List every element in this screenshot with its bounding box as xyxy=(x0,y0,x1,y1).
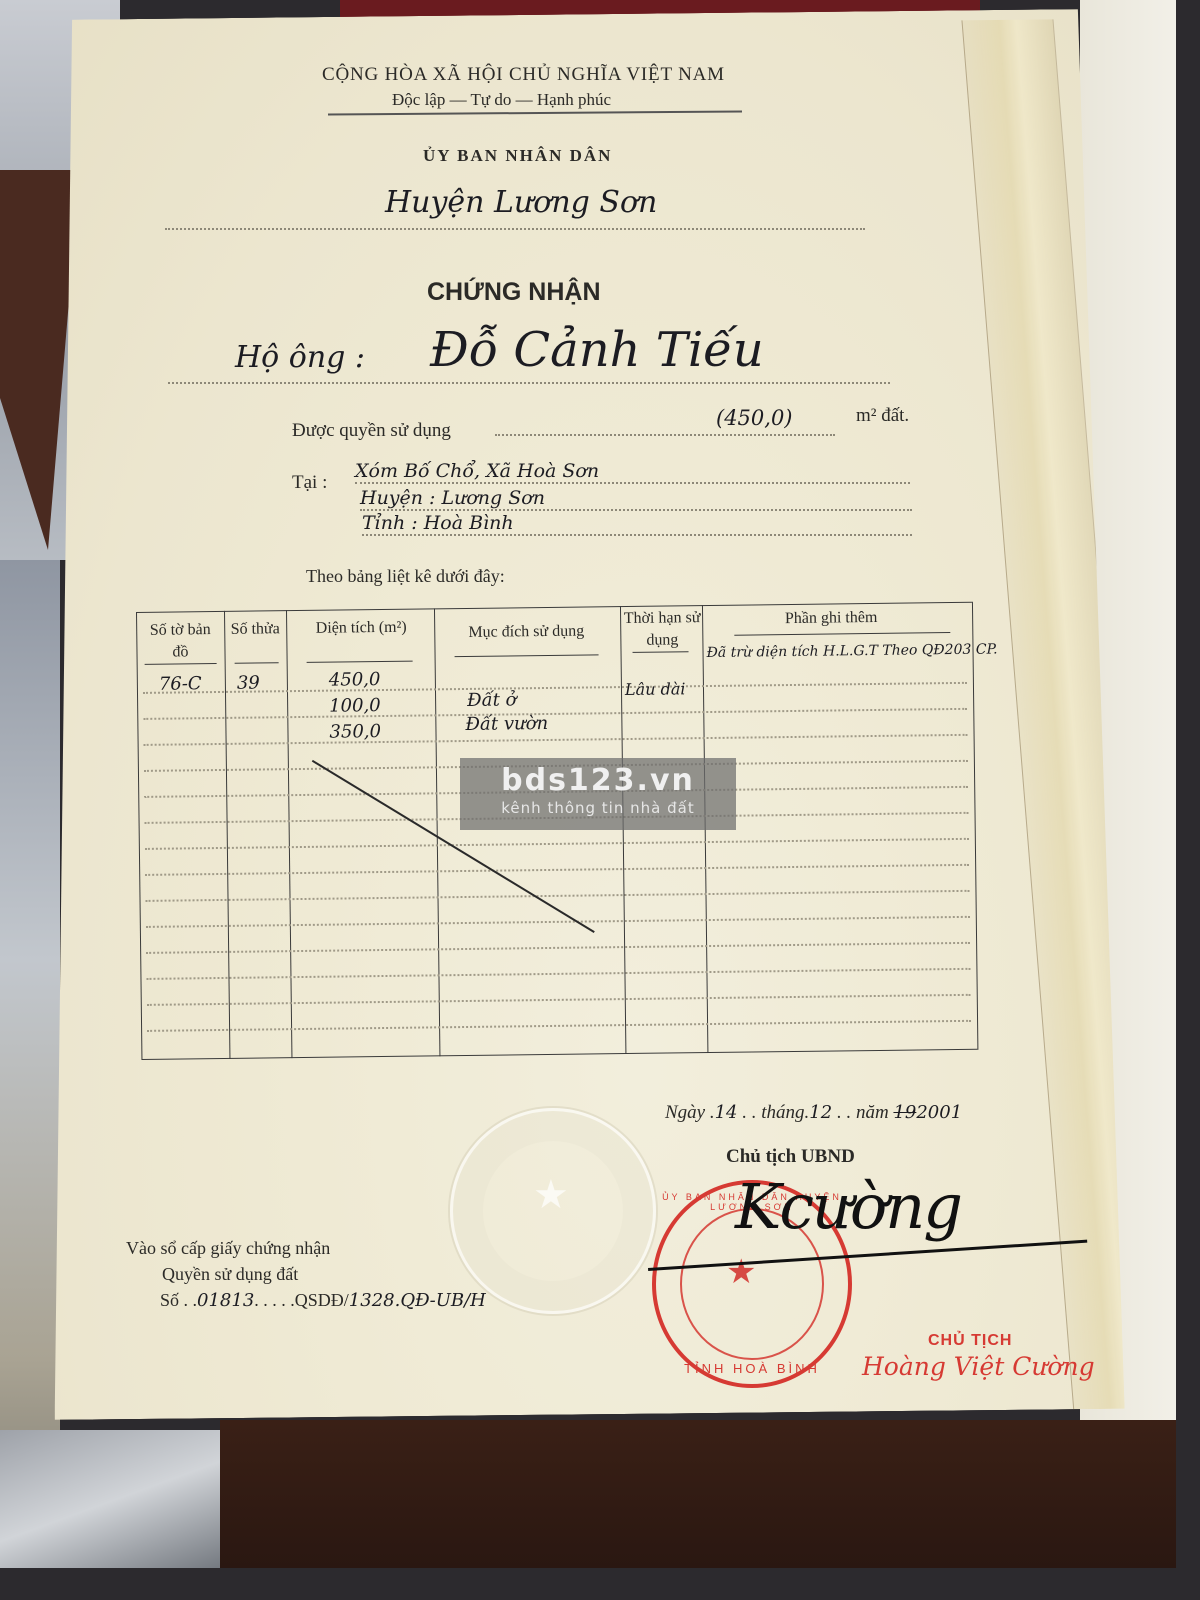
header-underline xyxy=(145,663,217,665)
address-line-3: Tỉnh : Hoà Bình xyxy=(362,512,912,536)
table-dotted-row xyxy=(146,942,970,954)
table-dotted-row xyxy=(146,916,970,928)
stamp-name: Hoàng Việt Cường xyxy=(862,1352,1095,1381)
table-dotted-row xyxy=(143,708,967,720)
table-dotted-row xyxy=(144,734,968,746)
date-month: 12 xyxy=(809,1102,832,1123)
cell-notes: Đã trừ diện tích H.L.G.T Theo QĐ203 CP. xyxy=(706,641,997,661)
table-dotted-row xyxy=(146,890,970,902)
committee-label: ỦY BAN NHÂN DÂN xyxy=(423,146,612,166)
header-underline xyxy=(307,661,413,663)
cell-purpose-garden: Đất vườn xyxy=(465,713,548,735)
table-col-border xyxy=(224,611,230,1059)
date-year: 2001 xyxy=(916,1102,962,1123)
seal-bottom-text: TỈNH HOÀ BÌNH xyxy=(656,1361,848,1376)
date-day: 14 xyxy=(715,1102,738,1123)
background-fabric xyxy=(0,1430,230,1568)
cell-area-total: 450,0 xyxy=(329,669,381,691)
location-label: Tại : xyxy=(292,472,327,494)
parcel-table: Số tờ bản đồ Số thửa Diện tích (m²) Mục … xyxy=(136,602,977,1060)
header-underline xyxy=(633,651,689,653)
header-underline xyxy=(455,654,599,657)
watermark-subtitle: kênh thông tin nhà đất xyxy=(460,798,736,818)
registry-code: 1328.QĐ-UB/H xyxy=(349,1290,486,1311)
national-title: CỘNG HÒA XÃ HỘI CHỦ NGHĨA VIỆT NAM xyxy=(322,64,725,86)
cell-term: Lâu dài xyxy=(625,679,686,699)
header-underline xyxy=(235,662,279,664)
column-header-notes: Phần ghi thêm xyxy=(716,606,946,631)
leather-cover-bottom xyxy=(220,1420,1176,1568)
list-label: Theo bảng liệt kê dưới đây: xyxy=(306,566,505,587)
column-header-parcel: Số thửa xyxy=(230,618,280,641)
registry-number: Số . .01813. . . . .QSDĐ/1328.QĐ-UB/H xyxy=(160,1290,486,1311)
column-header-term: Thời hạn sử dụng xyxy=(622,607,703,652)
issue-date: Ngày .14 . . tháng.12 . . năm 192001 xyxy=(665,1102,962,1124)
chair-title: Chủ tịch UBND xyxy=(726,1146,855,1168)
registry-line-1: Vào sổ cấp giấy chứng nhận xyxy=(126,1238,330,1259)
registry-line-2: Quyền sử dụng đất xyxy=(162,1264,298,1285)
area-unit: m² đất. xyxy=(856,405,909,427)
holder-name: Đỗ Cảnh Tiếu xyxy=(430,322,764,378)
cell-area-residential: 100,0 xyxy=(329,695,381,717)
district-handwritten: Huyện Lương Sơn xyxy=(385,185,657,220)
header-underline xyxy=(734,632,950,636)
column-header-purpose: Mục đích sử dụng xyxy=(436,620,616,644)
address-line-2: Huyện : Lương Sơn xyxy=(360,487,912,511)
table-dotted-row xyxy=(145,838,969,850)
watermark-overlay: bds123.vn kênh thông tin nhà đất xyxy=(460,758,736,830)
usage-dotted-line xyxy=(495,434,835,436)
address-line-1: Xóm Bố Chổ, Xã Hoà Sơn xyxy=(355,460,910,484)
stamp-title: CHỦ TỊCH xyxy=(928,1332,1012,1350)
date-year-label: . . năm xyxy=(837,1102,889,1123)
star-emblem-icon: ★ xyxy=(533,1171,569,1218)
holder-label: Hộ ông : xyxy=(235,340,365,375)
registry-no-label: Số . . xyxy=(160,1290,197,1310)
table-col-border xyxy=(286,610,292,1058)
table-col-border xyxy=(620,606,626,1054)
cell-area-garden: 350,0 xyxy=(329,721,381,743)
certificate-title: CHỨNG NHẬN xyxy=(427,278,601,307)
signature: Kcường xyxy=(735,1170,961,1243)
table-dotted-row xyxy=(146,968,970,980)
column-header-map-sheet: Số tờ bản đồ xyxy=(140,619,221,664)
watermark-title: bds123.vn xyxy=(460,758,736,798)
seal-star-icon: ★ xyxy=(726,1252,756,1292)
cell-parcel: 39 xyxy=(237,672,260,693)
national-motto: Độc lập — Tự do — Hạnh phúc xyxy=(392,90,611,110)
date-month-label: . . tháng. xyxy=(742,1102,809,1123)
usage-label: Được quyền sử dụng xyxy=(292,420,451,442)
cell-map-sheet: 76-C xyxy=(159,673,202,695)
cell-purpose-residential: Đất ở xyxy=(467,689,517,711)
table-dotted-row xyxy=(147,994,971,1006)
column-header-area: Diện tích (m²) xyxy=(304,617,418,640)
total-area-value: (450,0) xyxy=(716,406,793,430)
registry-code-label: . . . . .QSDĐ/ xyxy=(254,1290,349,1310)
table-dotted-row xyxy=(143,682,967,694)
embossed-seal: ★ xyxy=(450,1108,656,1314)
table-dotted-row xyxy=(147,1020,971,1032)
table-col-border xyxy=(434,608,440,1056)
date-day-label: Ngày . xyxy=(665,1102,715,1123)
registry-no: 01813 xyxy=(197,1290,254,1311)
plastic-sleeve xyxy=(0,560,60,1560)
table-dotted-row xyxy=(145,864,969,876)
date-year-struck: 19 xyxy=(893,1102,916,1123)
